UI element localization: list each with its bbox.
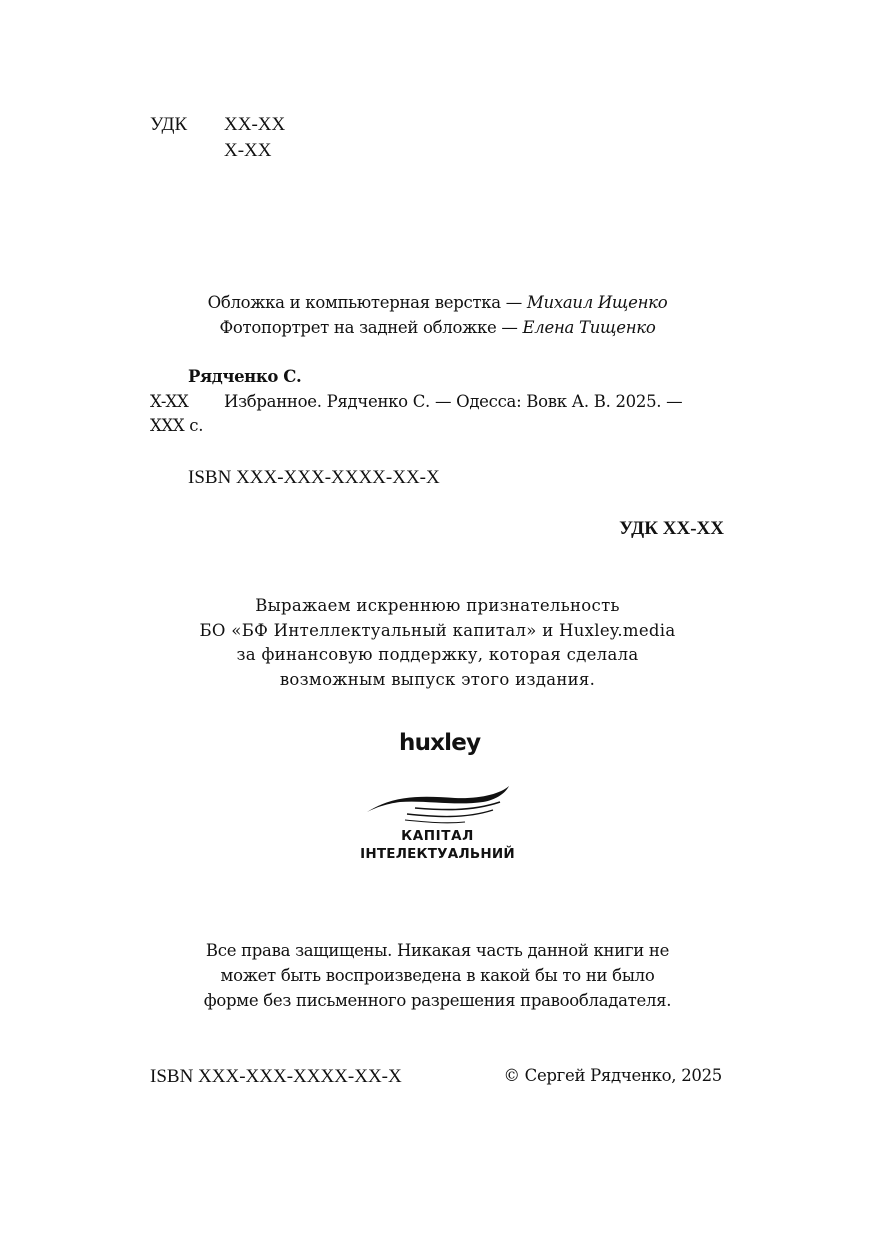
bbk-code: X-XX: [150, 392, 188, 411]
credits-photo-line: Фотопортрет на задней обложке — Елена Ти…: [0, 316, 875, 341]
credits-cover-line: Обложка и компьютерная верстка — Михаил …: [0, 291, 875, 316]
wing-icon: [355, 782, 520, 827]
kapital-logo: КАПІТАЛ ІНТЕЛЕКТУАЛЬНИЙ: [355, 782, 525, 872]
credits-cover-role: Обложка и компьютерная верстка —: [208, 293, 527, 312]
rights-line: форме без письменного разрешения правооб…: [0, 988, 875, 1013]
page-count: XXX с.: [150, 416, 203, 435]
acknowledgement-line: БО «БФ Интеллектуальный капитал» и Huxle…: [0, 619, 875, 644]
acknowledgement-line: за финансовую поддержку, которая сделала: [0, 643, 875, 668]
credits-block: Обложка и компьютерная верстка — Михаил …: [0, 291, 875, 340]
acknowledgement-line: возможным выпуск этого издания.: [0, 668, 875, 693]
acknowledgement-line: Выражаем искреннюю признательность: [0, 594, 875, 619]
udk-label: УДК: [150, 114, 187, 136]
author-name: Рядченко С.: [188, 367, 301, 386]
huxley-logo: huxley: [399, 730, 480, 756]
kapital-logo-line1: КАПІТАЛ: [355, 828, 520, 844]
kapital-logo-line2: ІНТЕЛЕКТУАЛЬНИЙ: [355, 846, 520, 862]
rights-notice: Все права защищены. Никакая часть данной…: [0, 938, 875, 1013]
credits-photo-name: Елена Тищенко: [523, 318, 656, 337]
udk-right: УДК XX-XX: [619, 518, 724, 540]
credits-photo-role: Фотопортрет на задней обложке —: [220, 318, 523, 337]
rights-line: Все права защищены. Никакая часть данной…: [0, 938, 875, 963]
udk-code-line2: X-XX: [224, 140, 272, 162]
rights-line: может быть воспроизведена в какой бы то …: [0, 963, 875, 988]
copyright-notice: © Сергей Рядченко, 2025: [503, 1066, 722, 1085]
isbn-mid: ISBN XXX-XXX-XXXX-XX-X: [188, 467, 440, 489]
acknowledgement-block: Выражаем искреннюю признательность БО «Б…: [0, 594, 875, 692]
credits-cover-name: Михаил Ищенко: [527, 293, 667, 312]
bibliographic-description: Избранное. Рядченко С. — Одесса: Вовк А.…: [224, 392, 682, 411]
udk-code-line1: XX-XX: [224, 114, 285, 136]
isbn-footer: ISBN XXX-XXX-XXXX-XX-X: [150, 1066, 402, 1088]
